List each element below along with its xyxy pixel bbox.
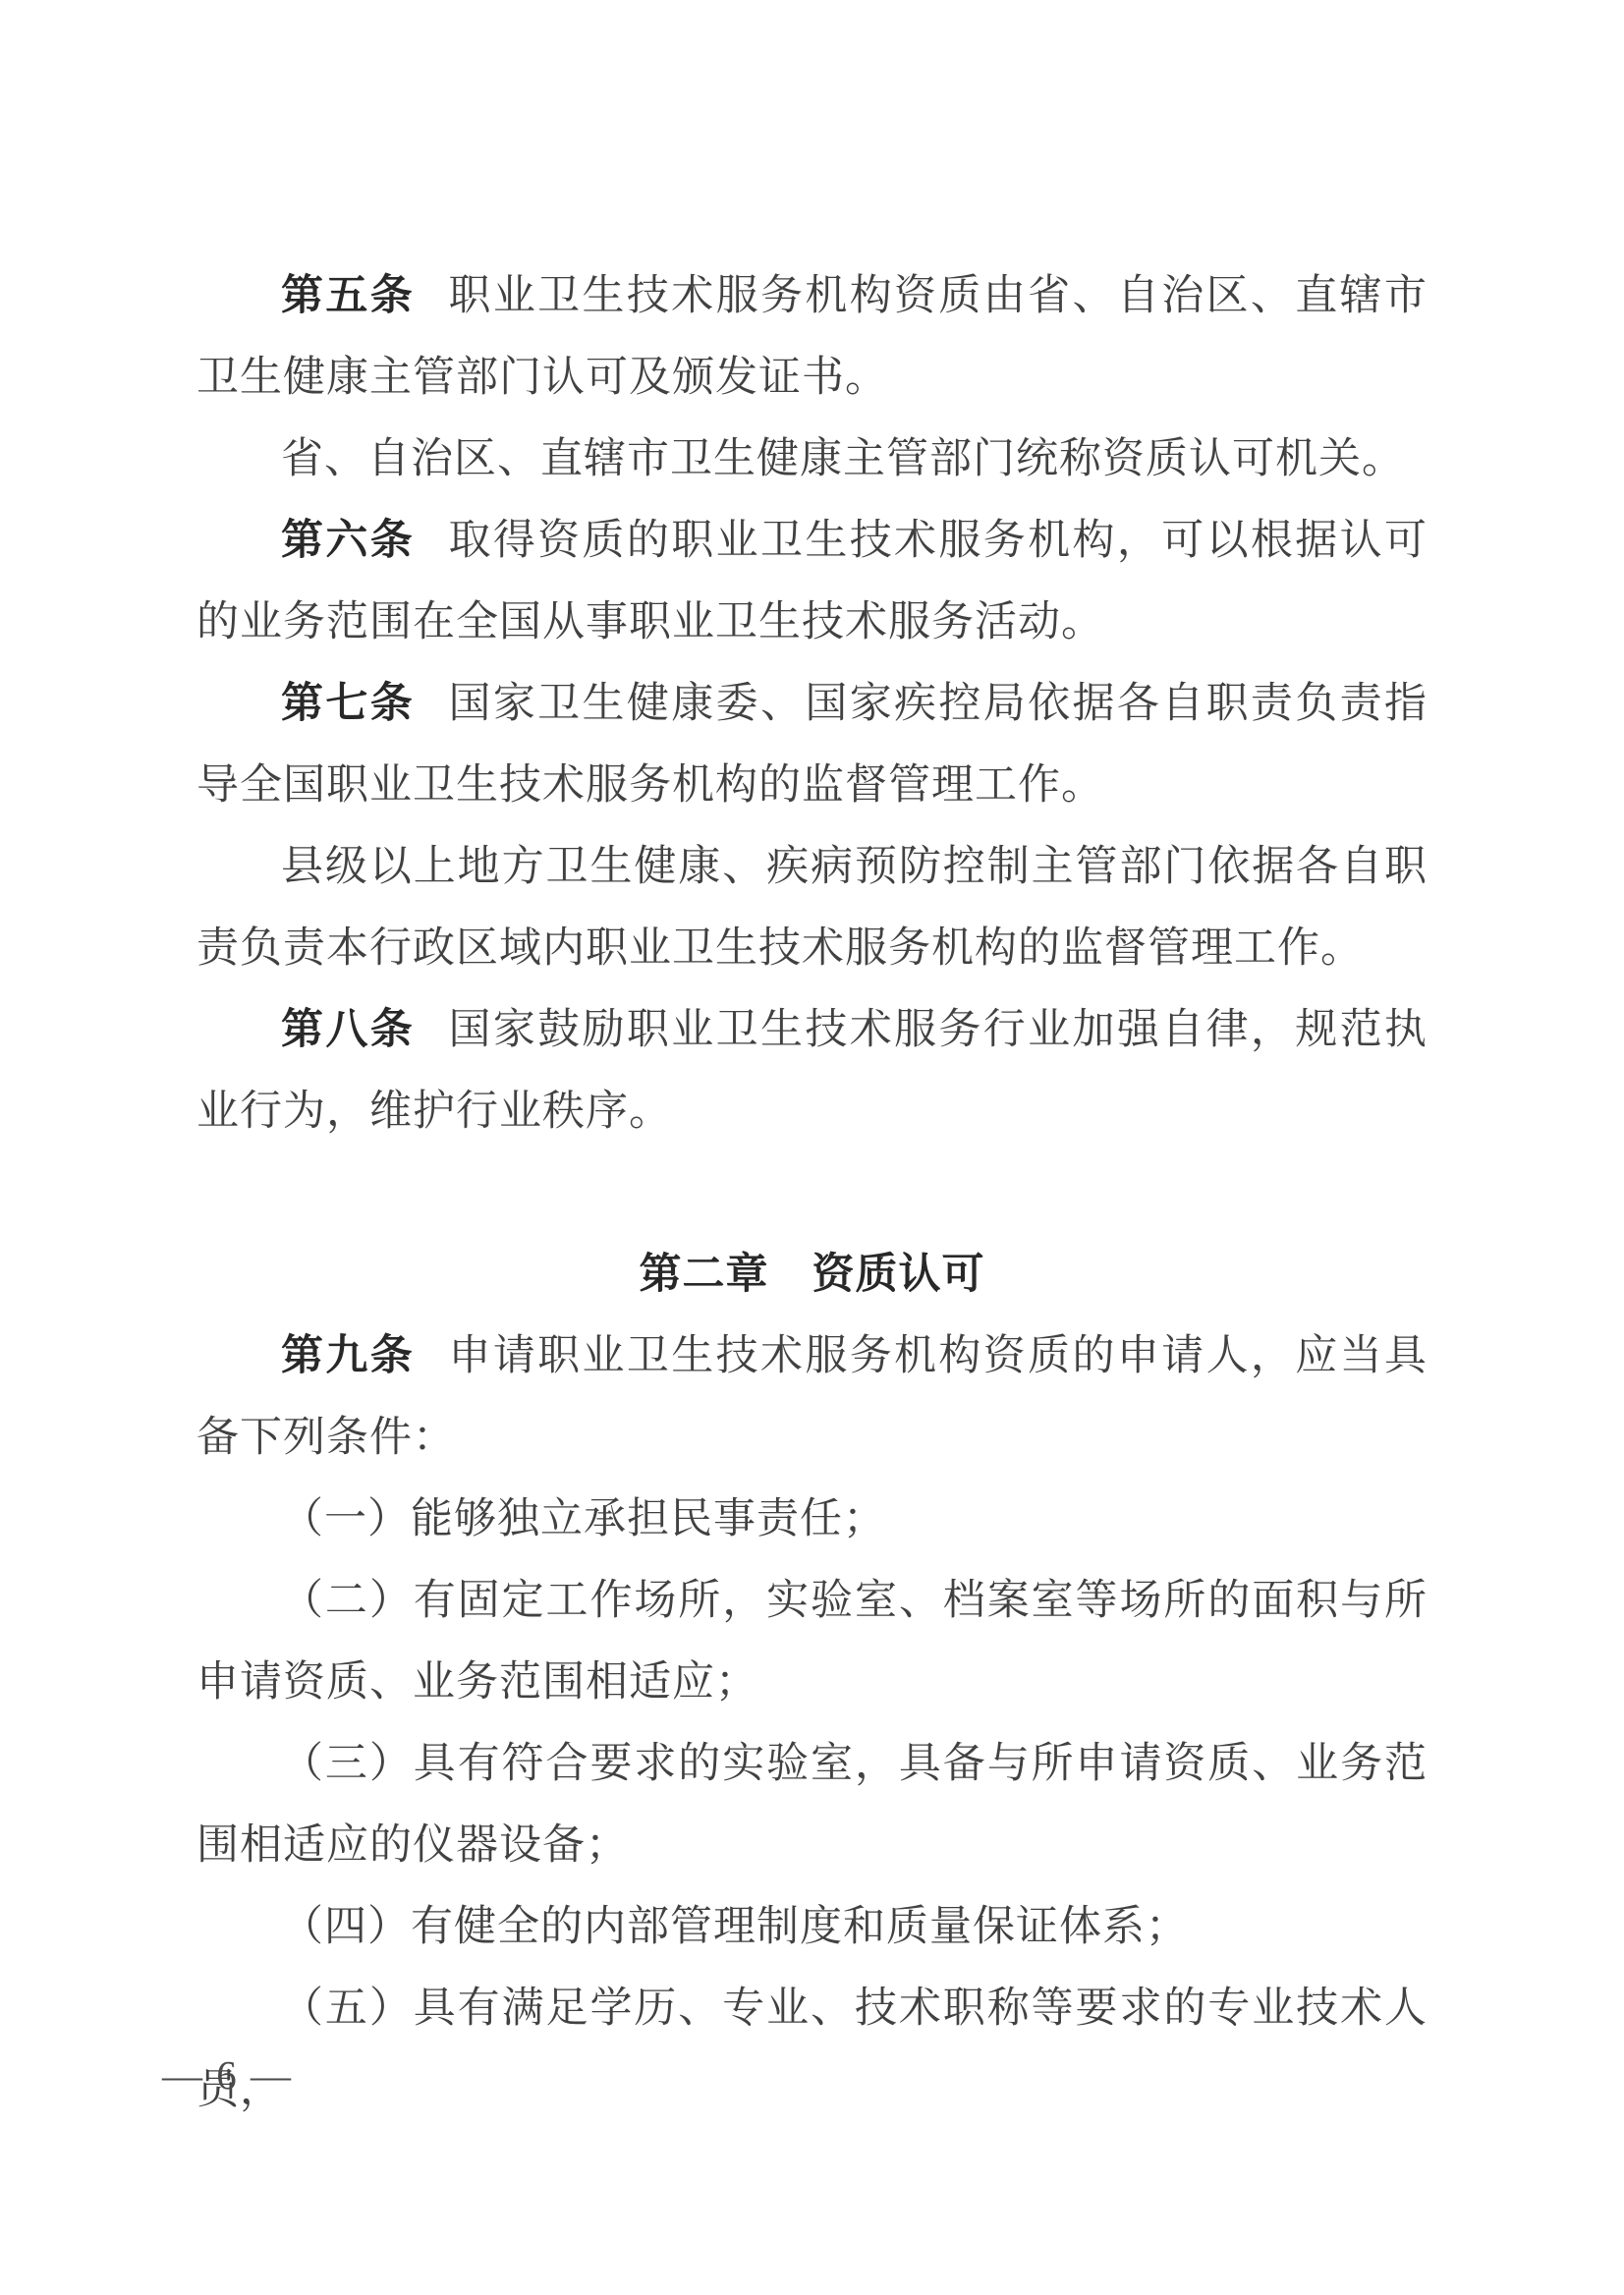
- article-number: 第六条: [281, 517, 415, 564]
- paragraph-text: 县级以上地方卫生健康、疾病预防控制主管部门依据各自职责负责本行政区域内职业卫生技…: [196, 844, 1428, 972]
- chapter-heading: 第二章 资质认可: [196, 1234, 1428, 1315]
- article-paragraph: 第五条职业卫生技术服务机构资质由省、自治区、直辖市卫生健康主管部门认可及颁发证书…: [196, 255, 1428, 419]
- article-paragraph: 第九条申请职业卫生技术服务机构资质的申请人，应当具备下列条件：: [196, 1315, 1428, 1479]
- article-paragraph: （一）能够独立承担民事责任；: [196, 1479, 1428, 1560]
- paragraph-text: （三）具有符合要求的实验室，具备与所申请资质、业务范围相适应的仪器设备；: [196, 1741, 1428, 1869]
- paragraph-text: （一）能够独立承担民事责任；: [281, 1496, 886, 1542]
- article-paragraph: （三）具有符合要求的实验室，具备与所申请资质、业务范围相适应的仪器设备；: [196, 1723, 1428, 1886]
- article-paragraph: 第八条国家鼓励职业卫生技术服务行业加强自律，规范执业行为，维护行业秩序。: [196, 989, 1428, 1152]
- page-number: — 6 —: [162, 2053, 293, 2097]
- paragraph-text: （二）有固定工作场所，实验室、档案室等场所的面积与所申请资质、业务范围相适应；: [196, 1578, 1428, 1706]
- article-paragraph: （四）有健全的内部管理制度和质量保证体系；: [196, 1886, 1428, 1968]
- article-paragraph: 县级以上地方卫生健康、疾病预防控制主管部门依据各自职责负责本行政区域内职业卫生技…: [196, 826, 1428, 989]
- document-text-block: 第五条职业卫生技术服务机构资质由省、自治区、直辖市卫生健康主管部门认可及颁发证书…: [196, 255, 1428, 2131]
- article-number: 第七条: [281, 680, 415, 727]
- paragraph-text: （四）有健全的内部管理制度和质量保证体系；: [281, 1904, 1189, 1950]
- article-number: 第九条: [281, 1332, 415, 1379]
- paragraph-text: 省、自治区、直辖市卫生健康主管部门统称资质认可机关。: [281, 436, 1405, 482]
- article-paragraph: 第七条国家卫生健康委、国家疾控局依据各自职责负责指导全国职业卫生技术服务机构的监…: [196, 663, 1428, 826]
- article-paragraph: （二）有固定工作场所，实验室、档案室等场所的面积与所申请资质、业务范围相适应；: [196, 1560, 1428, 1723]
- article-number: 第八条: [281, 1006, 415, 1053]
- article-paragraph: （五）具有满足学历、专业、技术职称等要求的专业技术人员，: [196, 1968, 1428, 2131]
- document-page: 第五条职业卫生技术服务机构资质由省、自治区、直辖市卫生健康主管部门认可及颁发证书…: [0, 0, 1624, 2295]
- article-paragraph: 省、自治区、直辖市卫生健康主管部门统称资质认可机关。: [196, 419, 1428, 500]
- article-number: 第五条: [281, 272, 415, 319]
- article-paragraph: 第六条取得资质的职业卫生技术服务机构，可以根据认可的业务范围在全国从事职业卫生技…: [196, 500, 1428, 663]
- paragraph-text: （五）具有满足学历、专业、技术职称等要求的专业技术人员，: [196, 1986, 1428, 2113]
